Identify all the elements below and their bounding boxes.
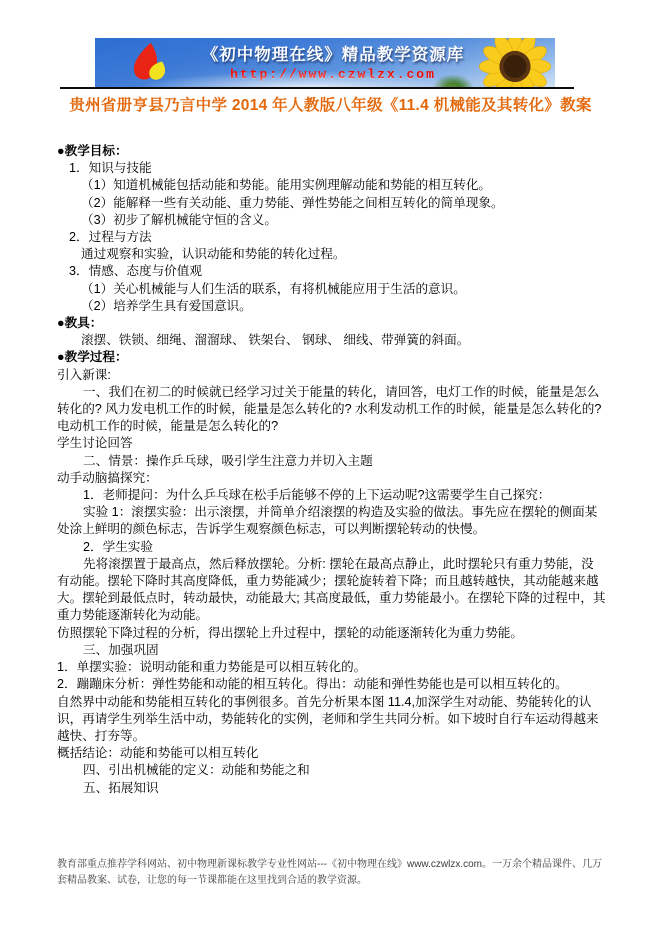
paragraph: 2．过程与方法 xyxy=(57,229,606,246)
paragraph: 学生讨论回答 xyxy=(57,435,606,452)
paragraph: 仿照摆轮下降过程的分析，得出摆轮上升过程中，摆轮的动能逐渐转化为重力势能。 xyxy=(57,625,606,642)
paragraph: （1）知道机械能包括动能和势能。能用实例理解动能和势能的相互转化。 xyxy=(57,177,606,194)
document-body: ●教学目标：1．知识与技能（1）知道机械能包括动能和势能。能用实例理解动能和势能… xyxy=(57,143,606,797)
site-banner: 《初中物理在线》精品教学资源库 http://www.czwlzx.com xyxy=(95,38,555,87)
paragraph: 自然界中动能和势能相互转化的事例很多。首先分析果本图 11.4,加深学生对动能、… xyxy=(57,694,606,746)
sunflower-icon xyxy=(469,38,555,87)
grass-icon xyxy=(433,75,473,87)
paragraph: ●教具： xyxy=(57,315,606,332)
paragraph: 2．蹦蹦床分析：弹性势能和动能的相互转化。得出：动能和弹性势能也是可以相互转化的… xyxy=(57,676,606,693)
flame-logo-icon xyxy=(119,42,177,87)
paragraph: 四、引出机械能的定义：动能和势能之和 xyxy=(57,762,606,779)
paragraph: 三、加强巩固 xyxy=(57,642,606,659)
paragraph: 先将滚摆置于最高点，然后释放摆轮。分析: 摆轮在最高点静止，此时摆轮只有重力势能… xyxy=(57,556,606,625)
page-title: 贵州省册亨县乃言中学 2014 年人教版八年级《11.4 机械能及其转化》教案 xyxy=(0,93,661,115)
paragraph: ●教学过程： xyxy=(57,349,606,366)
paragraph: 一、我们在初二的时候就已经学习过关于能量的转化，请回答，电灯工作的时候，能量是怎… xyxy=(57,384,606,436)
paragraph: 1．知识与技能 xyxy=(57,160,606,177)
page-footer: 教育部重点推荐学科网站、初中物理新课标教学专业性网站---《初中物理在线》www… xyxy=(57,857,609,889)
paragraph: 通过观察和实验，认识动能和势能的转化过程。 xyxy=(57,246,606,263)
banner-site-name: 《初中物理在线》精品教学资源库 xyxy=(202,46,465,64)
header-divider xyxy=(60,87,574,89)
paragraph: 引入新课: xyxy=(57,367,606,384)
paragraph: （2）培养学生具有爱国意识。 xyxy=(57,298,606,315)
paragraph: ●教学目标： xyxy=(57,143,606,160)
paragraph: 二、情景：操作乒乓球，吸引学生注意力并切入主题 xyxy=(57,453,606,470)
paragraph: （2）能解释一些有关动能、重力势能、弹性势能之间相互转化的简单现象。 xyxy=(57,195,606,212)
paragraph: 1．单摆实验：说明动能和重力势能是可以相互转化的。 xyxy=(57,659,606,676)
paragraph: 3．情感、态度与价值观 xyxy=(57,263,606,280)
banner-site-url[interactable]: http://www.czwlzx.com xyxy=(183,67,483,82)
paragraph: 实验 1：滚摆实验：出示滚摆，并简单介绍滚摆的构造及实验的做法。事先应在摆轮的侧… xyxy=(57,504,606,538)
paragraph: 概括结论：动能和势能可以相互转化 xyxy=(57,745,606,762)
paragraph: 滚摆、铁锁、细绳、溜溜球、 铁架台、 钢球、 细线、带弹簧的斜面。 xyxy=(57,332,606,349)
page: { "banner": { "site_name": "《初中物理在线》精品教学… xyxy=(0,0,661,936)
paragraph: 2．学生实验 xyxy=(57,539,606,556)
paragraph: 1．老师提问：为什么乒乓球在松手后能够不停的上下运动呢?这需要学生自己探究： xyxy=(57,487,606,504)
paragraph: 五、拓展知识 xyxy=(57,780,606,797)
paragraph: 动手动脑搞探究： xyxy=(57,470,606,487)
paragraph: （3）初步了解机械能守恒的含义。 xyxy=(57,212,606,229)
paragraph: （1）关心机械能与人们生活的联系，有将机械能应用于生活的意识。 xyxy=(57,281,606,298)
